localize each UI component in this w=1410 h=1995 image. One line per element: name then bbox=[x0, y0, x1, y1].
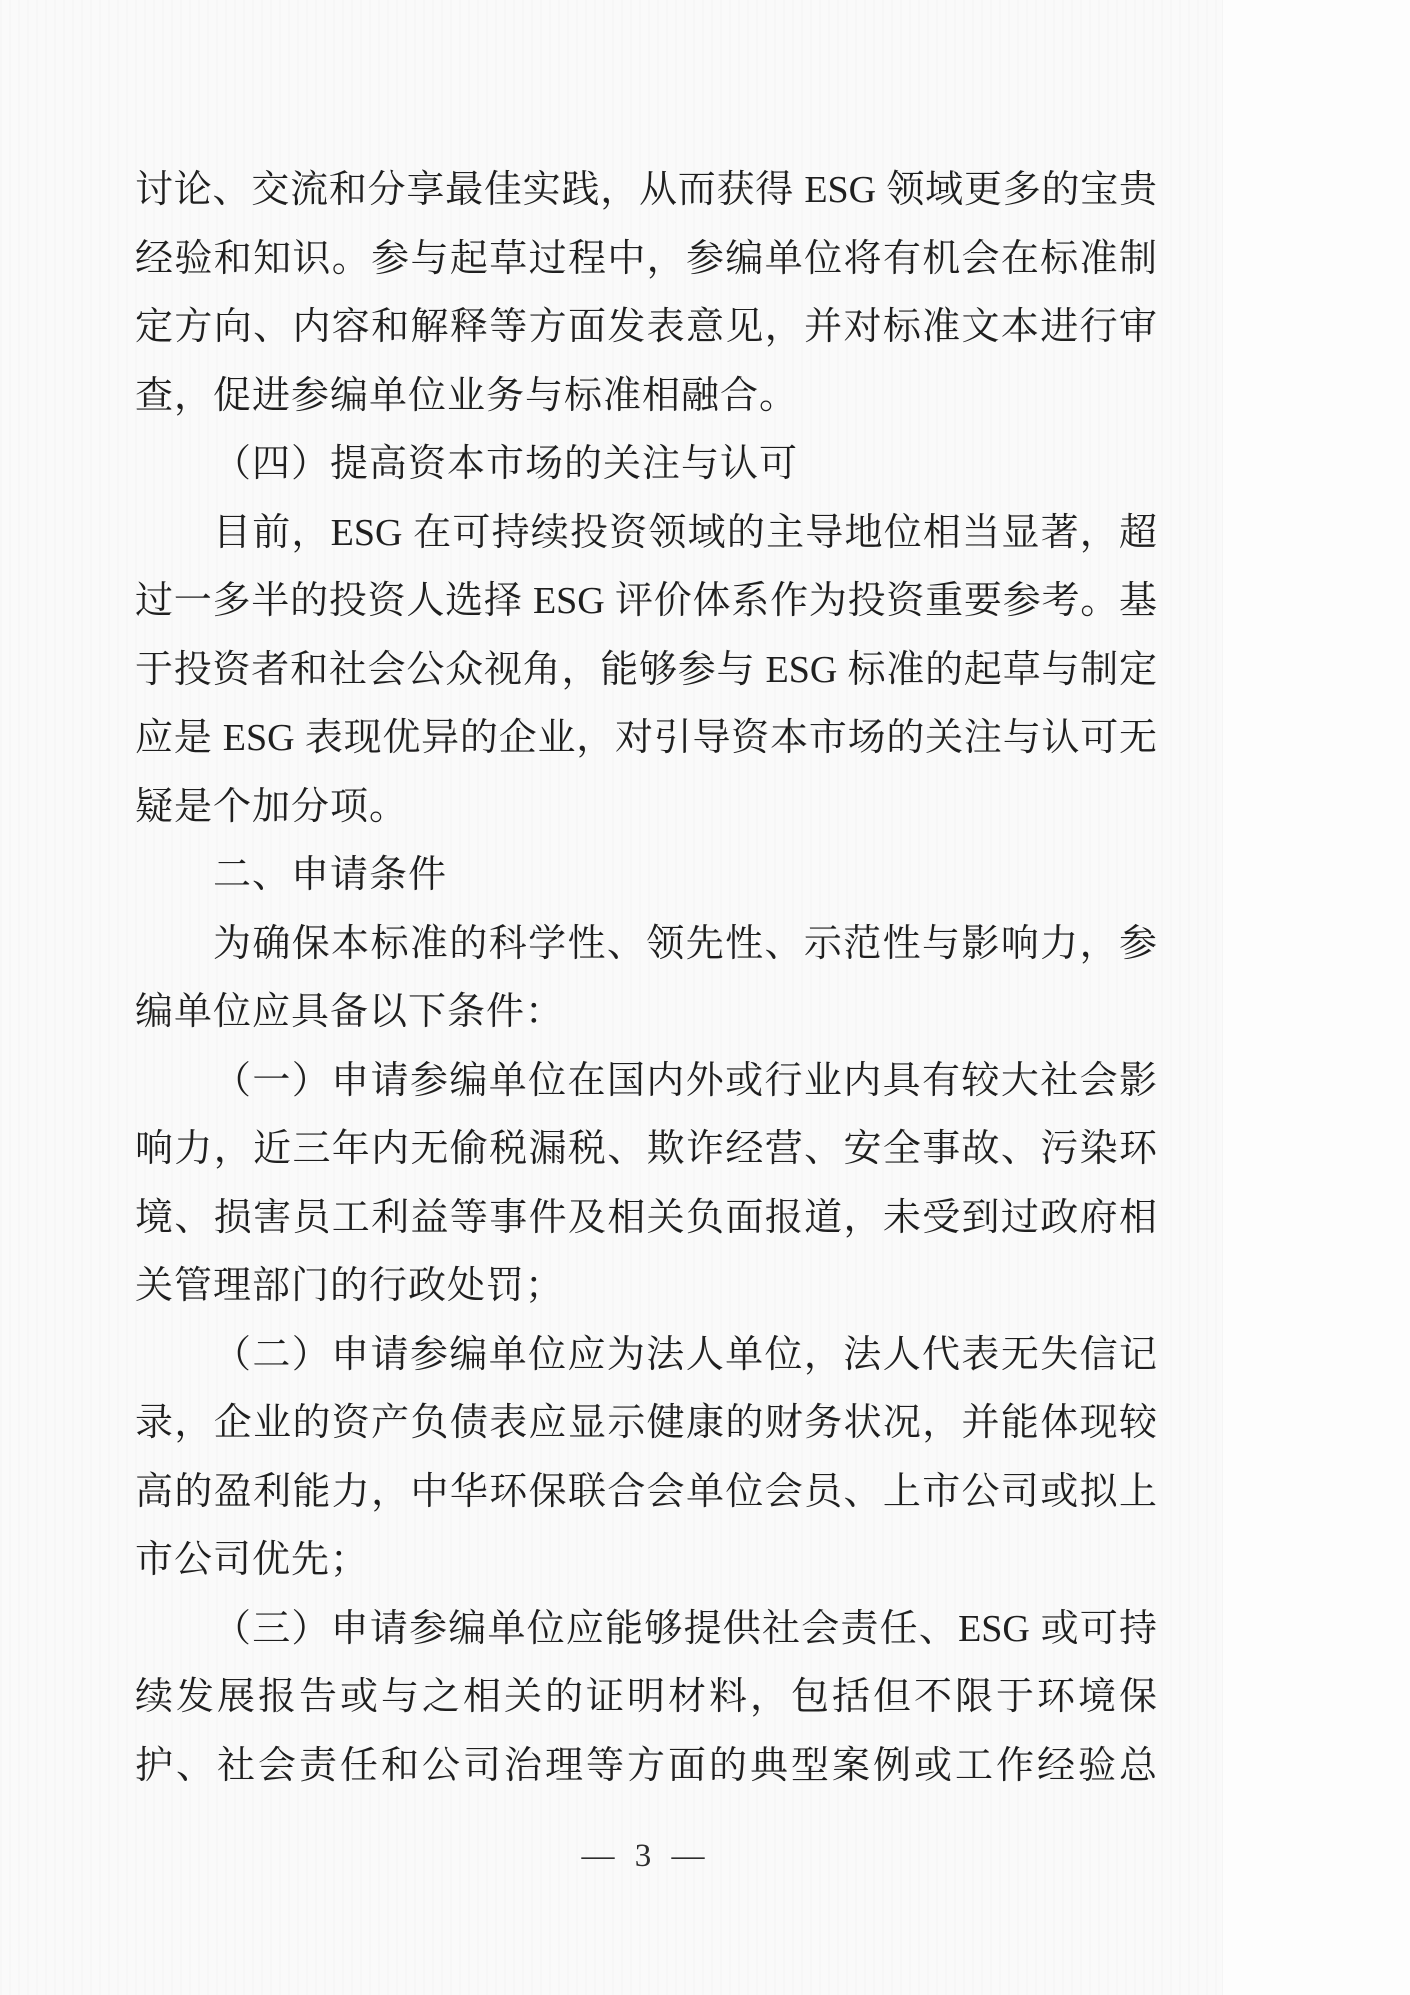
text-line: 二、申请条件 bbox=[135, 841, 1157, 910]
text-line: 续发展报告或与之相关的证明材料，包括但不限于环境保 bbox=[135, 1663, 1157, 1732]
text-line: 市公司优先； bbox=[135, 1526, 1157, 1595]
text-line: 于投资者和社会公众视角，能够参与 ESG 标准的起草与制定 bbox=[135, 636, 1157, 705]
text-line: 疑是个加分项。 bbox=[135, 773, 1157, 842]
text-line: 过一多半的投资人选择 ESG 评价体系作为投资重要参考。基 bbox=[135, 567, 1157, 636]
document-body: 讨论、交流和分享最佳实践，从而获得 ESG 领域更多的宝贵经验和知识。参与起草过… bbox=[135, 156, 1157, 1800]
text-line: 关管理部门的行政处罚； bbox=[135, 1252, 1157, 1321]
text-line: 编单位应具备以下条件： bbox=[135, 978, 1157, 1047]
text-line: 为确保本标准的科学性、领先性、示范性与影响力，参 bbox=[135, 910, 1157, 979]
text-line: 定方向、内容和解释等方面发表意见，并对标准文本进行审 bbox=[135, 293, 1157, 362]
text-line: （四）提高资本市场的关注与认可 bbox=[135, 430, 1157, 499]
text-line: 响力，近三年内无偷税漏税、欺诈经营、安全事故、污染环 bbox=[135, 1115, 1157, 1184]
page-number: — 3 — bbox=[135, 1838, 1157, 1875]
text-line: 查，促进参编单位业务与标准相融合。 bbox=[135, 362, 1157, 431]
text-line: 讨论、交流和分享最佳实践，从而获得 ESG 领域更多的宝贵 bbox=[135, 156, 1157, 225]
text-line: 应是 ESG 表现优异的企业，对引导资本市场的关注与认可无 bbox=[135, 704, 1157, 773]
text-line: 高的盈利能力，中华环保联合会单位会员、上市公司或拟上 bbox=[135, 1458, 1157, 1527]
text-line: 护、社会责任和公司治理等方面的典型案例或工作经验总 bbox=[135, 1732, 1157, 1801]
text-line: （一）申请参编单位在国内外或行业内具有较大社会影 bbox=[135, 1047, 1157, 1116]
text-line: （二）申请参编单位应为法人单位，法人代表无失信记 bbox=[135, 1321, 1157, 1390]
text-line: 目前，ESG 在可持续投资领域的主导地位相当显著，超 bbox=[135, 499, 1157, 568]
text-line: 境、损害员工利益等事件及相关负面报道，未受到过政府相 bbox=[135, 1184, 1157, 1253]
text-line: 经验和知识。参与起草过程中，参编单位将有机会在标准制 bbox=[135, 225, 1157, 294]
document-page: 讨论、交流和分享最佳实践，从而获得 ESG 领域更多的宝贵经验和知识。参与起草过… bbox=[0, 0, 1410, 1995]
scan-edge-band bbox=[1222, 0, 1410, 1995]
text-line: 录，企业的资产负债表应显示健康的财务状况，并能体现较 bbox=[135, 1389, 1157, 1458]
text-line: （三）申请参编单位应能够提供社会责任、ESG 或可持 bbox=[135, 1595, 1157, 1664]
